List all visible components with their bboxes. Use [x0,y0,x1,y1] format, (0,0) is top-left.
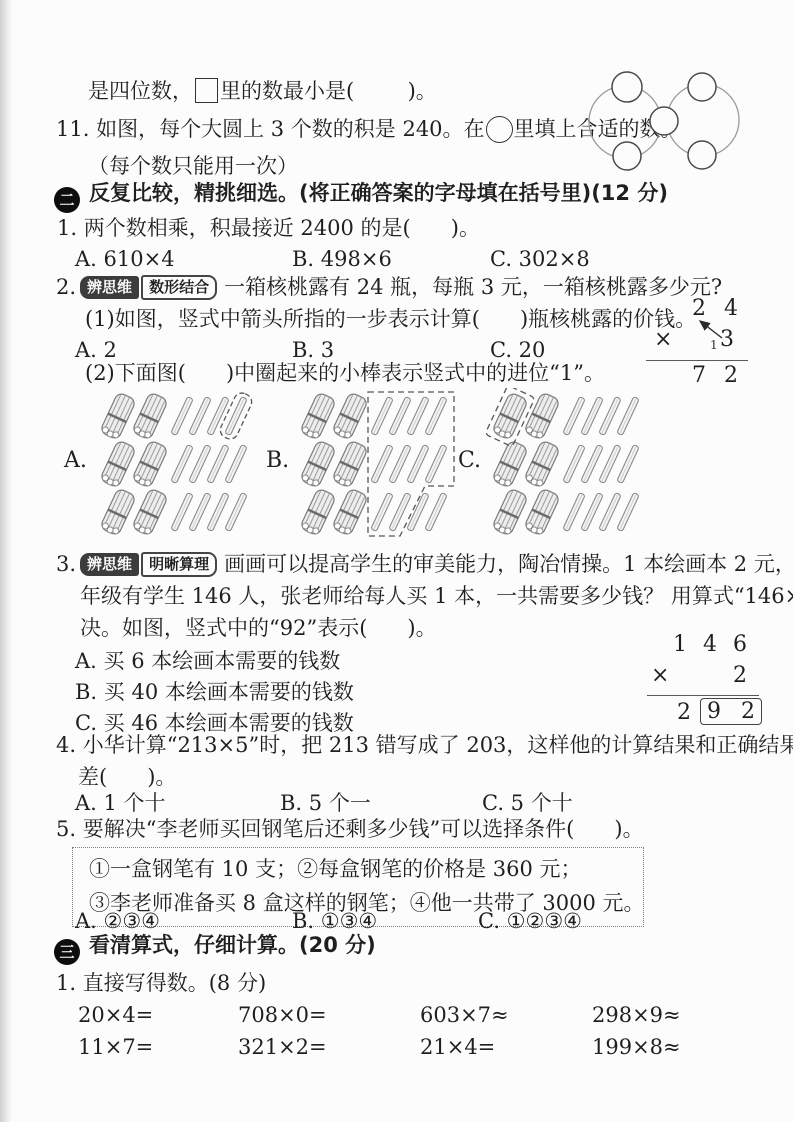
section-3-icon: 三 [54,939,80,965]
sticks-row [99,392,247,441]
mult-digit: 2 [724,363,738,388]
calc-item: 199×8≈ [592,1034,681,1060]
q1-option-b: B. 498×6 [292,246,392,272]
q5-condition-line1: ①一盒钢笔有 10 支；②每盒钢笔的价格是 360 元； [89,856,582,882]
sticks-row [99,488,247,537]
section-2-header: 二反复比较，精挑细选。(将正确答案的字母填在括号里)(12 分) [54,180,668,213]
q1-option-c: C. 302×8 [490,246,590,272]
figure-b-label: B. [266,448,289,473]
answer-circle [688,141,716,169]
figure-a-sticks [94,388,269,540]
mult-digit: 3 [720,327,734,352]
figure-a-label: A. [64,448,87,473]
question-10-tail: 是四位数，里的数最小是( )。 [88,78,437,104]
calc-item: 11×7= [78,1034,153,1060]
section-3-title: 看清算式，仔细计算。(20 分) [89,933,376,957]
q3-option-b: B. 买 40 本绘画本需要的钱数 [75,679,354,705]
section-2-title: 反复比较，精挑细选。(将正确答案的字母填在括号里)(12 分) [89,181,668,205]
mult-rule-line [646,360,748,361]
book-spine-shadow [0,0,12,1122]
answer-circle [688,73,716,101]
question-2-sub1: (1)如图，竖式中箭头所指的一步表示计算( )瓶核桃露的价钱。 [85,306,696,332]
calc-item: 321×2= [238,1034,327,1060]
question-4-line2: 差( )。 [78,764,176,790]
q2-vertical-multiplication: 2 4 × 1 3 7 2 [640,296,752,390]
mult-digit: 2 [692,296,706,321]
sticks-row [299,488,447,537]
mult-digit: 2 [677,700,691,725]
answer-circle [613,142,641,170]
text-segment: 画画可以提高学生的审美能力，陶冶情操。1 本绘画本 2 元，三 [224,552,793,576]
question-5: 5. 要解决“李老师买回钢笔后还剩多少钱”可以选择条件( )。 [56,816,644,842]
section-3-header: 三看清算式，仔细计算。(20 分) [54,932,376,965]
mult-digit: 1 [673,632,687,657]
sticks-row [491,488,639,537]
section-2-icon: 二 [54,187,80,213]
text-segment: 11. 如图，每个大圆上 3 个数的积是 240。在 [56,117,485,141]
answer-circle [612,72,642,102]
question-11-note: （每个数只能用一次） [88,153,298,179]
question-3: 3.辨思维明晰算理画画可以提高学生的审美能力，陶冶情操。1 本绘画本 2 元，三 [56,551,793,577]
q3-badge-thinking: 辨思维 [80,553,139,576]
mult-digit: 7 [692,363,706,388]
question-3-number: 3. [56,552,76,576]
mult-digit: 2 [733,663,747,688]
figure-c-label: C. [458,448,481,473]
mult-digit: 4 [703,632,717,657]
figure-b-sticks [294,388,469,540]
mult-digit: 4 [724,296,738,321]
q5-option-c: C. ①②③④ [478,908,582,934]
q4-option-a: A. 1 个十 [75,790,166,816]
sticks-row [99,440,247,489]
question-2-sub2: (2)下面图( )中圈起来的小棒表示竖式中的进位“1”。 [85,360,605,386]
worksheet-page: 是四位数，里的数最小是( )。 11. 如图，每个大圆上 3 个数的积是 240… [0,0,793,1122]
carry-digit: 1 [710,338,718,352]
question-3-line2: 年级有学生 146 人，张老师给每人买 1 本，一共需要多少钱？ 用算式“146… [80,583,793,609]
blank-circle [486,116,513,143]
question-2-number: 2. [56,275,76,299]
mult-digit: 6 [733,632,747,657]
blank-square-box [195,78,218,103]
text-segment: 是四位数， [88,79,193,103]
q2-badge-thinking: 辨思维 [80,276,139,299]
calc-item: 708×0= [238,1002,327,1028]
text-segment: 里的数最小是( )。 [220,79,437,103]
q3-vertical-multiplication: 1 4 6 × 2 2 9 2 [645,632,763,724]
boxed-result-92: 9 2 [700,698,762,725]
calc-item: 21×4= [420,1034,495,1060]
calc-item: 298×9≈ [592,1002,681,1028]
q4-option-c: C. 5 个十 [482,790,573,816]
multiply-sign: × [654,327,672,352]
q3-option-a: A. 买 6 本绘画本需要的钱数 [75,648,340,674]
q4-option-b: B. 5 个一 [280,790,371,816]
q1-option-a: A. 610×4 [75,246,175,272]
q5-option-b: B. ①③④ [292,908,377,934]
q2-badge-method: 数形结合 [141,275,217,300]
q3-badge-method: 明晰算理 [141,552,217,577]
calc-item: 20×4= [78,1002,153,1028]
mult-rule-line [647,695,759,696]
q5-option-a: A. ②③④ [75,908,160,934]
sticks-row [299,440,447,489]
sticks-row [491,392,639,441]
calc-heading: 1. 直接写得数。(8 分) [56,970,266,996]
question-4-line1: 4. 小华计算“213×5”时，把 213 错写成了 203，这样他的计算结果和… [56,732,793,758]
question-2: 2.辨思维数形结合一箱核桃露有 24 瓶，每瓶 3 元，一箱核桃露多少元? [56,274,722,300]
question-3-line3: 决。如图，竖式中的“92”表示( )。 [80,615,437,641]
sticks-row [299,392,447,441]
product-circles-diagram [575,55,793,175]
multiply-sign: × [651,663,669,688]
question-1: 1. 两个数相乘，积最接近 2400 的是( )。 [57,215,480,241]
sticks-row [491,440,639,489]
figure-c-sticks [486,388,661,540]
answer-circle-center [650,107,678,135]
calc-item: 603×7≈ [420,1002,509,1028]
